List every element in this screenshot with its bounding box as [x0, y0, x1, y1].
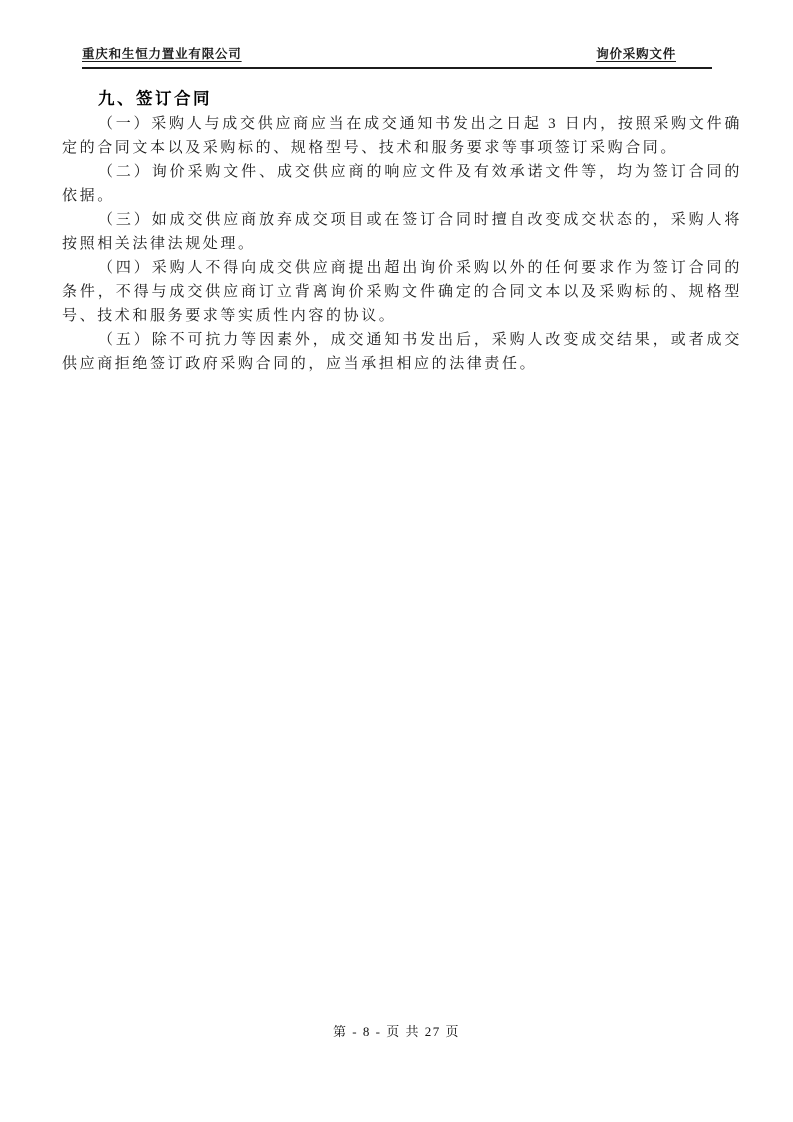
- header-company-name: 重庆和生恒力置业有限公司: [82, 44, 242, 62]
- section-title: 九、签订合同: [62, 86, 742, 112]
- page-footer: 第 - 8 - 页 共 27 页: [0, 1021, 793, 1040]
- header-doc-type: 询价采购文件: [596, 44, 676, 62]
- paragraph-item-3: （三）如成交供应商放弃成交项目或在签订合同时擅自改变成交状态的，采购人将按照相关…: [62, 208, 742, 256]
- document-page: 重庆和生恒力置业有限公司 询价采购文件 九、签订合同 （一）采购人与成交供应商应…: [0, 0, 793, 1122]
- paragraph-item-2: （二）询价采购文件、成交供应商的响应文件及有效承诺文件等，均为签订合同的依据。: [62, 160, 742, 208]
- document-body: 九、签订合同 （一）采购人与成交供应商应当在成交通知书发出之日起 3 日内，按照…: [62, 86, 742, 376]
- page-number-label: 第 - 8 - 页 共 27 页: [333, 1024, 460, 1039]
- paragraph-item-5: （五）除不可抗力等因素外，成交通知书发出后，采购人改变成交结果，或者成交供应商拒…: [62, 328, 742, 376]
- page-header: 重庆和生恒力置业有限公司 询价采购文件: [82, 0, 712, 69]
- paragraph-item-4: （四）采购人不得向成交供应商提出超出询价采购以外的任何要求作为签订合同的条件，不…: [62, 256, 742, 328]
- paragraph-item-1: （一）采购人与成交供应商应当在成交通知书发出之日起 3 日内，按照采购文件确定的…: [62, 112, 742, 160]
